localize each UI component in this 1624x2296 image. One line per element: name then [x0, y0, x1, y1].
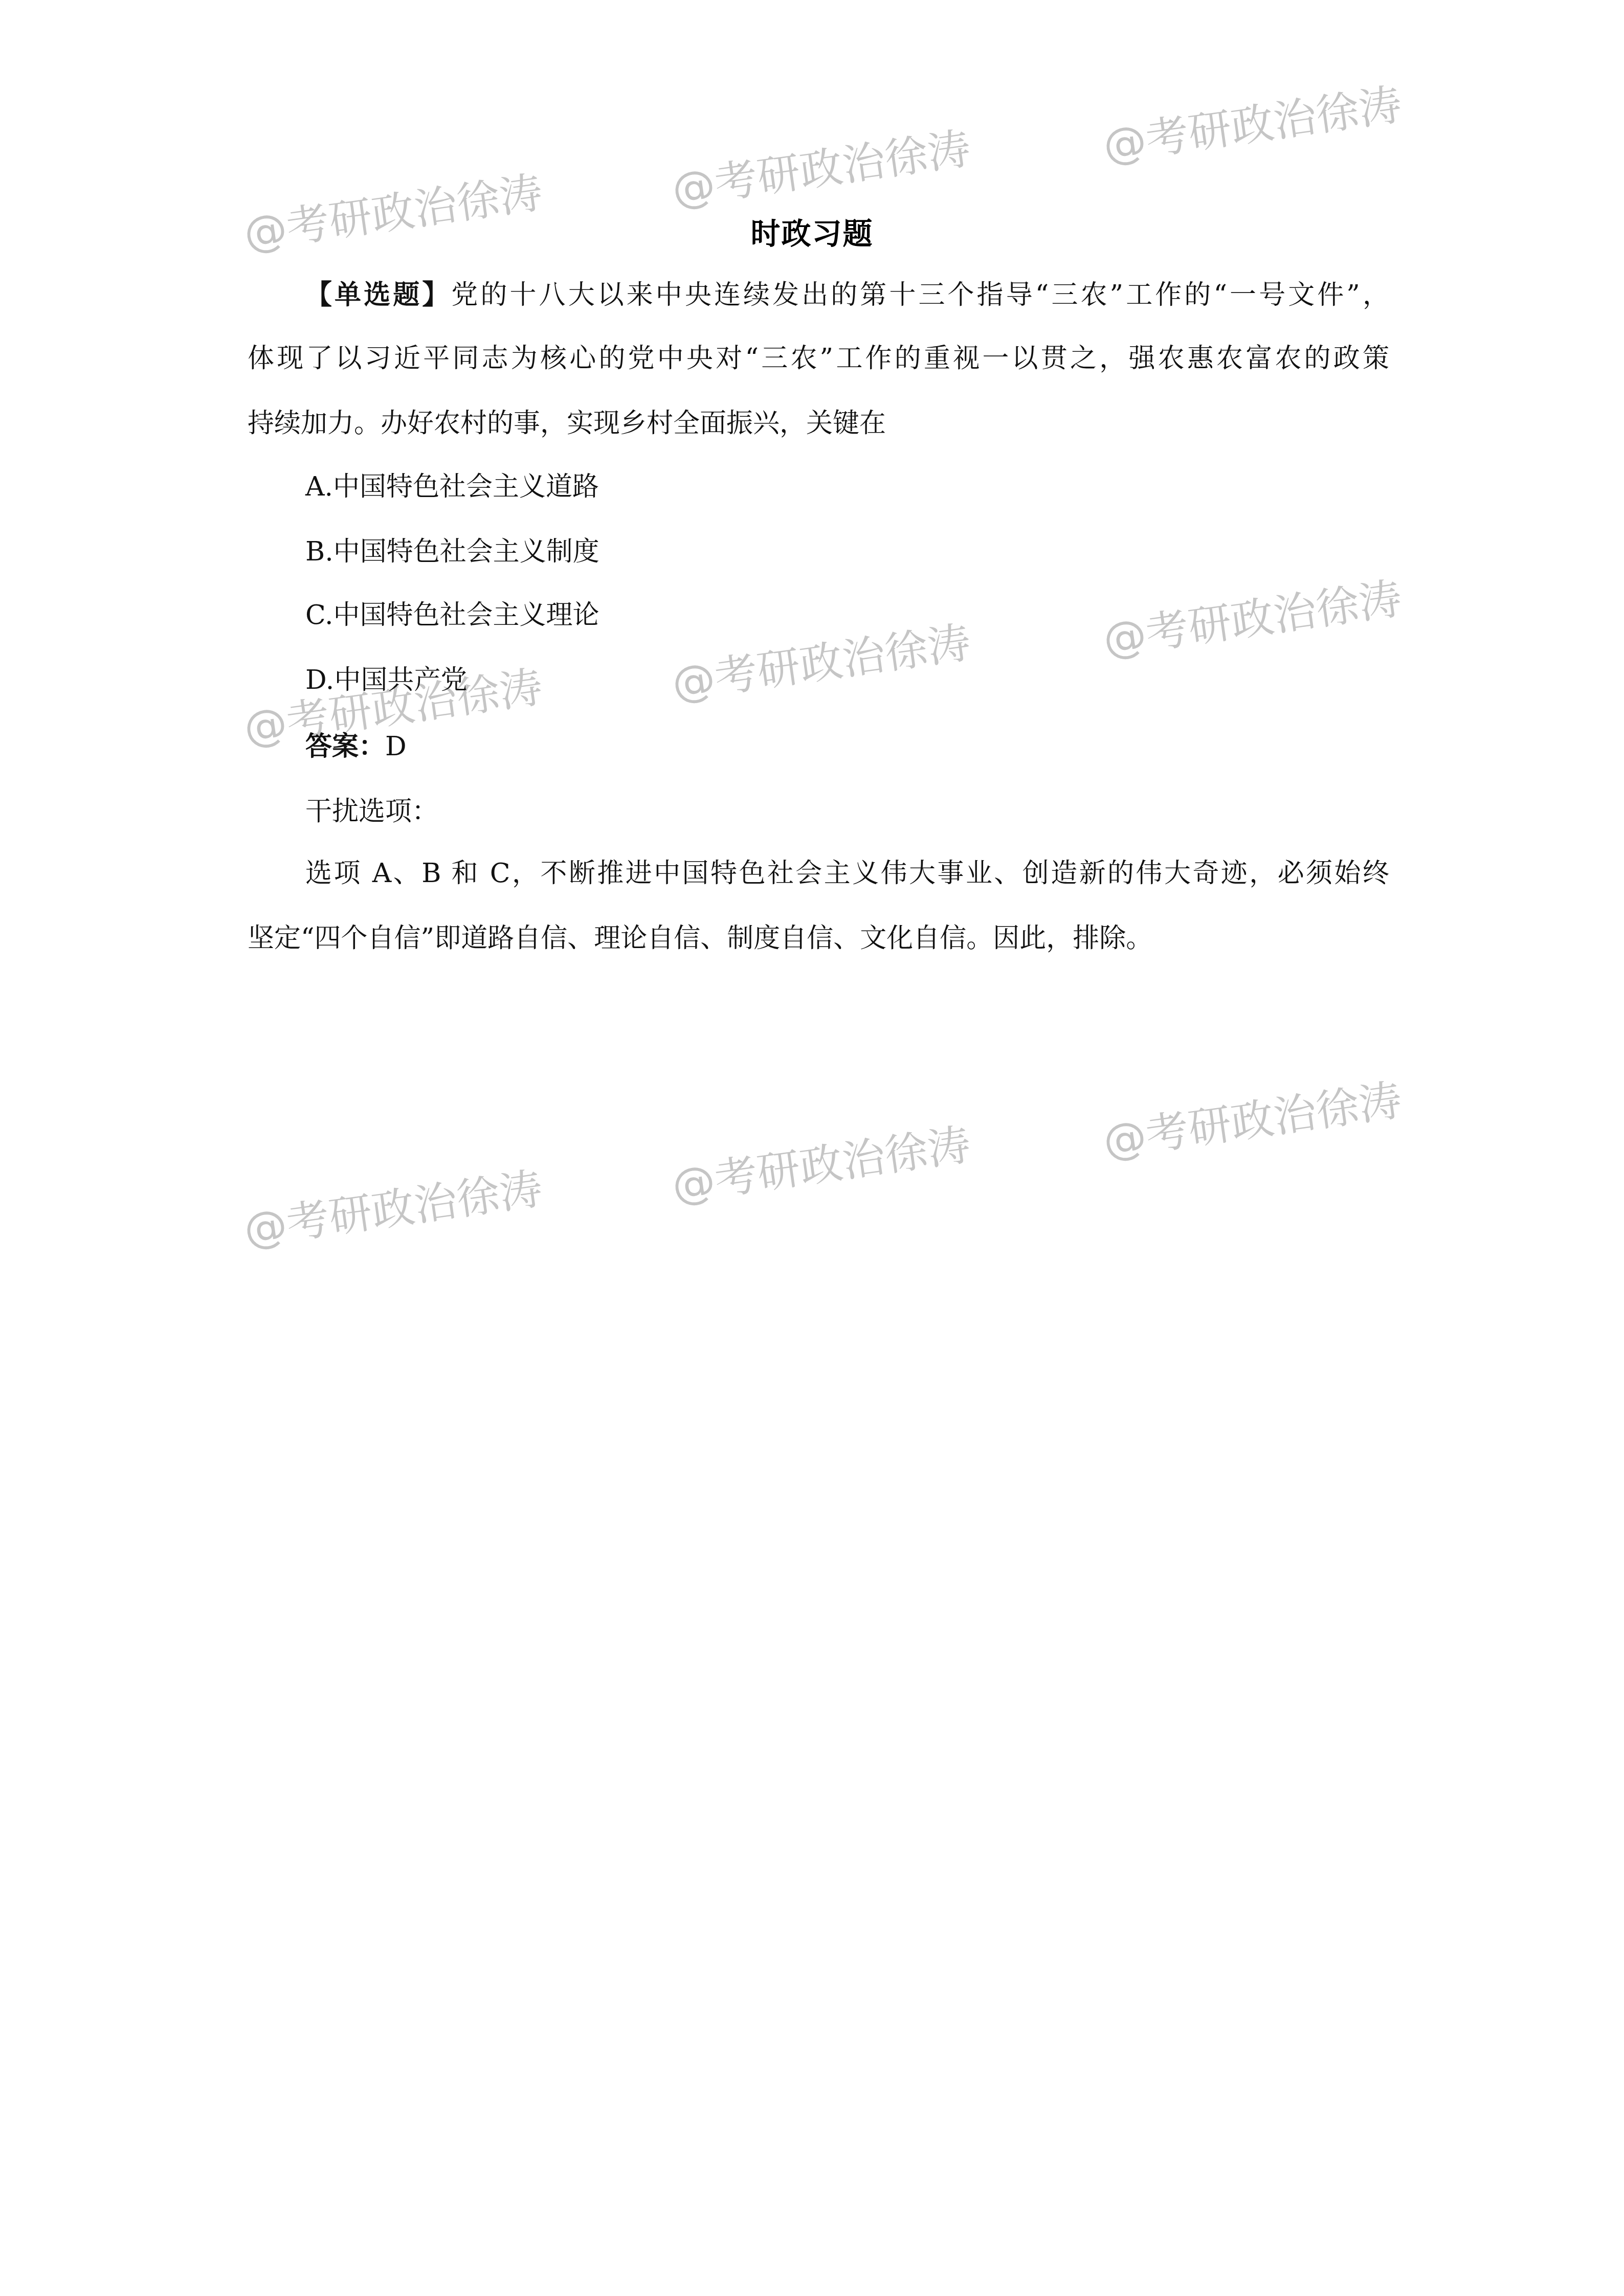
watermark: @考研政治徐涛 [668, 1110, 974, 1213]
question-text: 党的十八大以来中央连续发出的第十三个指导“三农”工作的“一号文件”， [451, 280, 1389, 310]
watermark: @考研政治徐涛 [668, 608, 974, 711]
document-page: @考研政治徐涛 @考研政治徐涛 @考研政治徐涛 @考研政治徐涛 @考研政治徐涛 … [0, 0, 1624, 2296]
option-b: B.中国特色社会主义制度 [305, 534, 599, 570]
watermark: @考研政治徐涛 [239, 1154, 546, 1257]
option-c: C.中国特色社会主义理论 [305, 597, 599, 633]
question-line-3: 持续加力。办好农村的事，实现乡村全面振兴，关键在 [248, 406, 886, 441]
option-text: 中国特色社会主义道路 [333, 471, 599, 502]
watermark: @考研政治徐涛 [668, 114, 974, 217]
answer-label: 答案： [305, 731, 385, 762]
option-label: C. [305, 600, 333, 631]
answer: 答案：D [305, 729, 407, 764]
option-label: A. [305, 471, 333, 502]
option-label: D. [305, 665, 334, 695]
watermark: @考研政治徐涛 [1099, 564, 1405, 667]
watermark: @考研政治徐涛 [1099, 70, 1405, 173]
option-text: 中国特色社会主义制度 [333, 536, 599, 567]
question-type-tag: 【单选题】 [305, 280, 451, 310]
option-d: D.中国共产党 [305, 662, 467, 698]
option-a: A.中国特色社会主义道路 [305, 469, 599, 505]
distractor-heading: 干扰选项： [305, 794, 438, 829]
watermark: @考研政治徐涛 [1099, 1066, 1405, 1169]
answer-value: D [385, 731, 407, 762]
explanation-line-1: 选项 A、B 和 C，不断推进中国特色社会主义伟大事业、创造新的伟大奇迹，必须始… [248, 856, 1389, 891]
question-line-1: 【单选题】党的十八大以来中央连续发出的第十三个指导“三农”工作的“一号文件”， [248, 277, 1389, 313]
page-title: 时政习题 [0, 210, 1624, 253]
question-line-2: 体现了以习近平同志为核心的党中央对“三农”工作的重视一以贯之，强农惠农富农的政策 [248, 341, 1389, 376]
option-label: B. [305, 536, 333, 567]
option-text: 中国特色社会主义理论 [333, 600, 599, 631]
option-text: 中国共产党 [334, 665, 467, 695]
explanation-line-2: 坚定“四个自信”即道路自信、理论自信、制度自信、文化自信。因此，排除。 [248, 920, 1152, 956]
